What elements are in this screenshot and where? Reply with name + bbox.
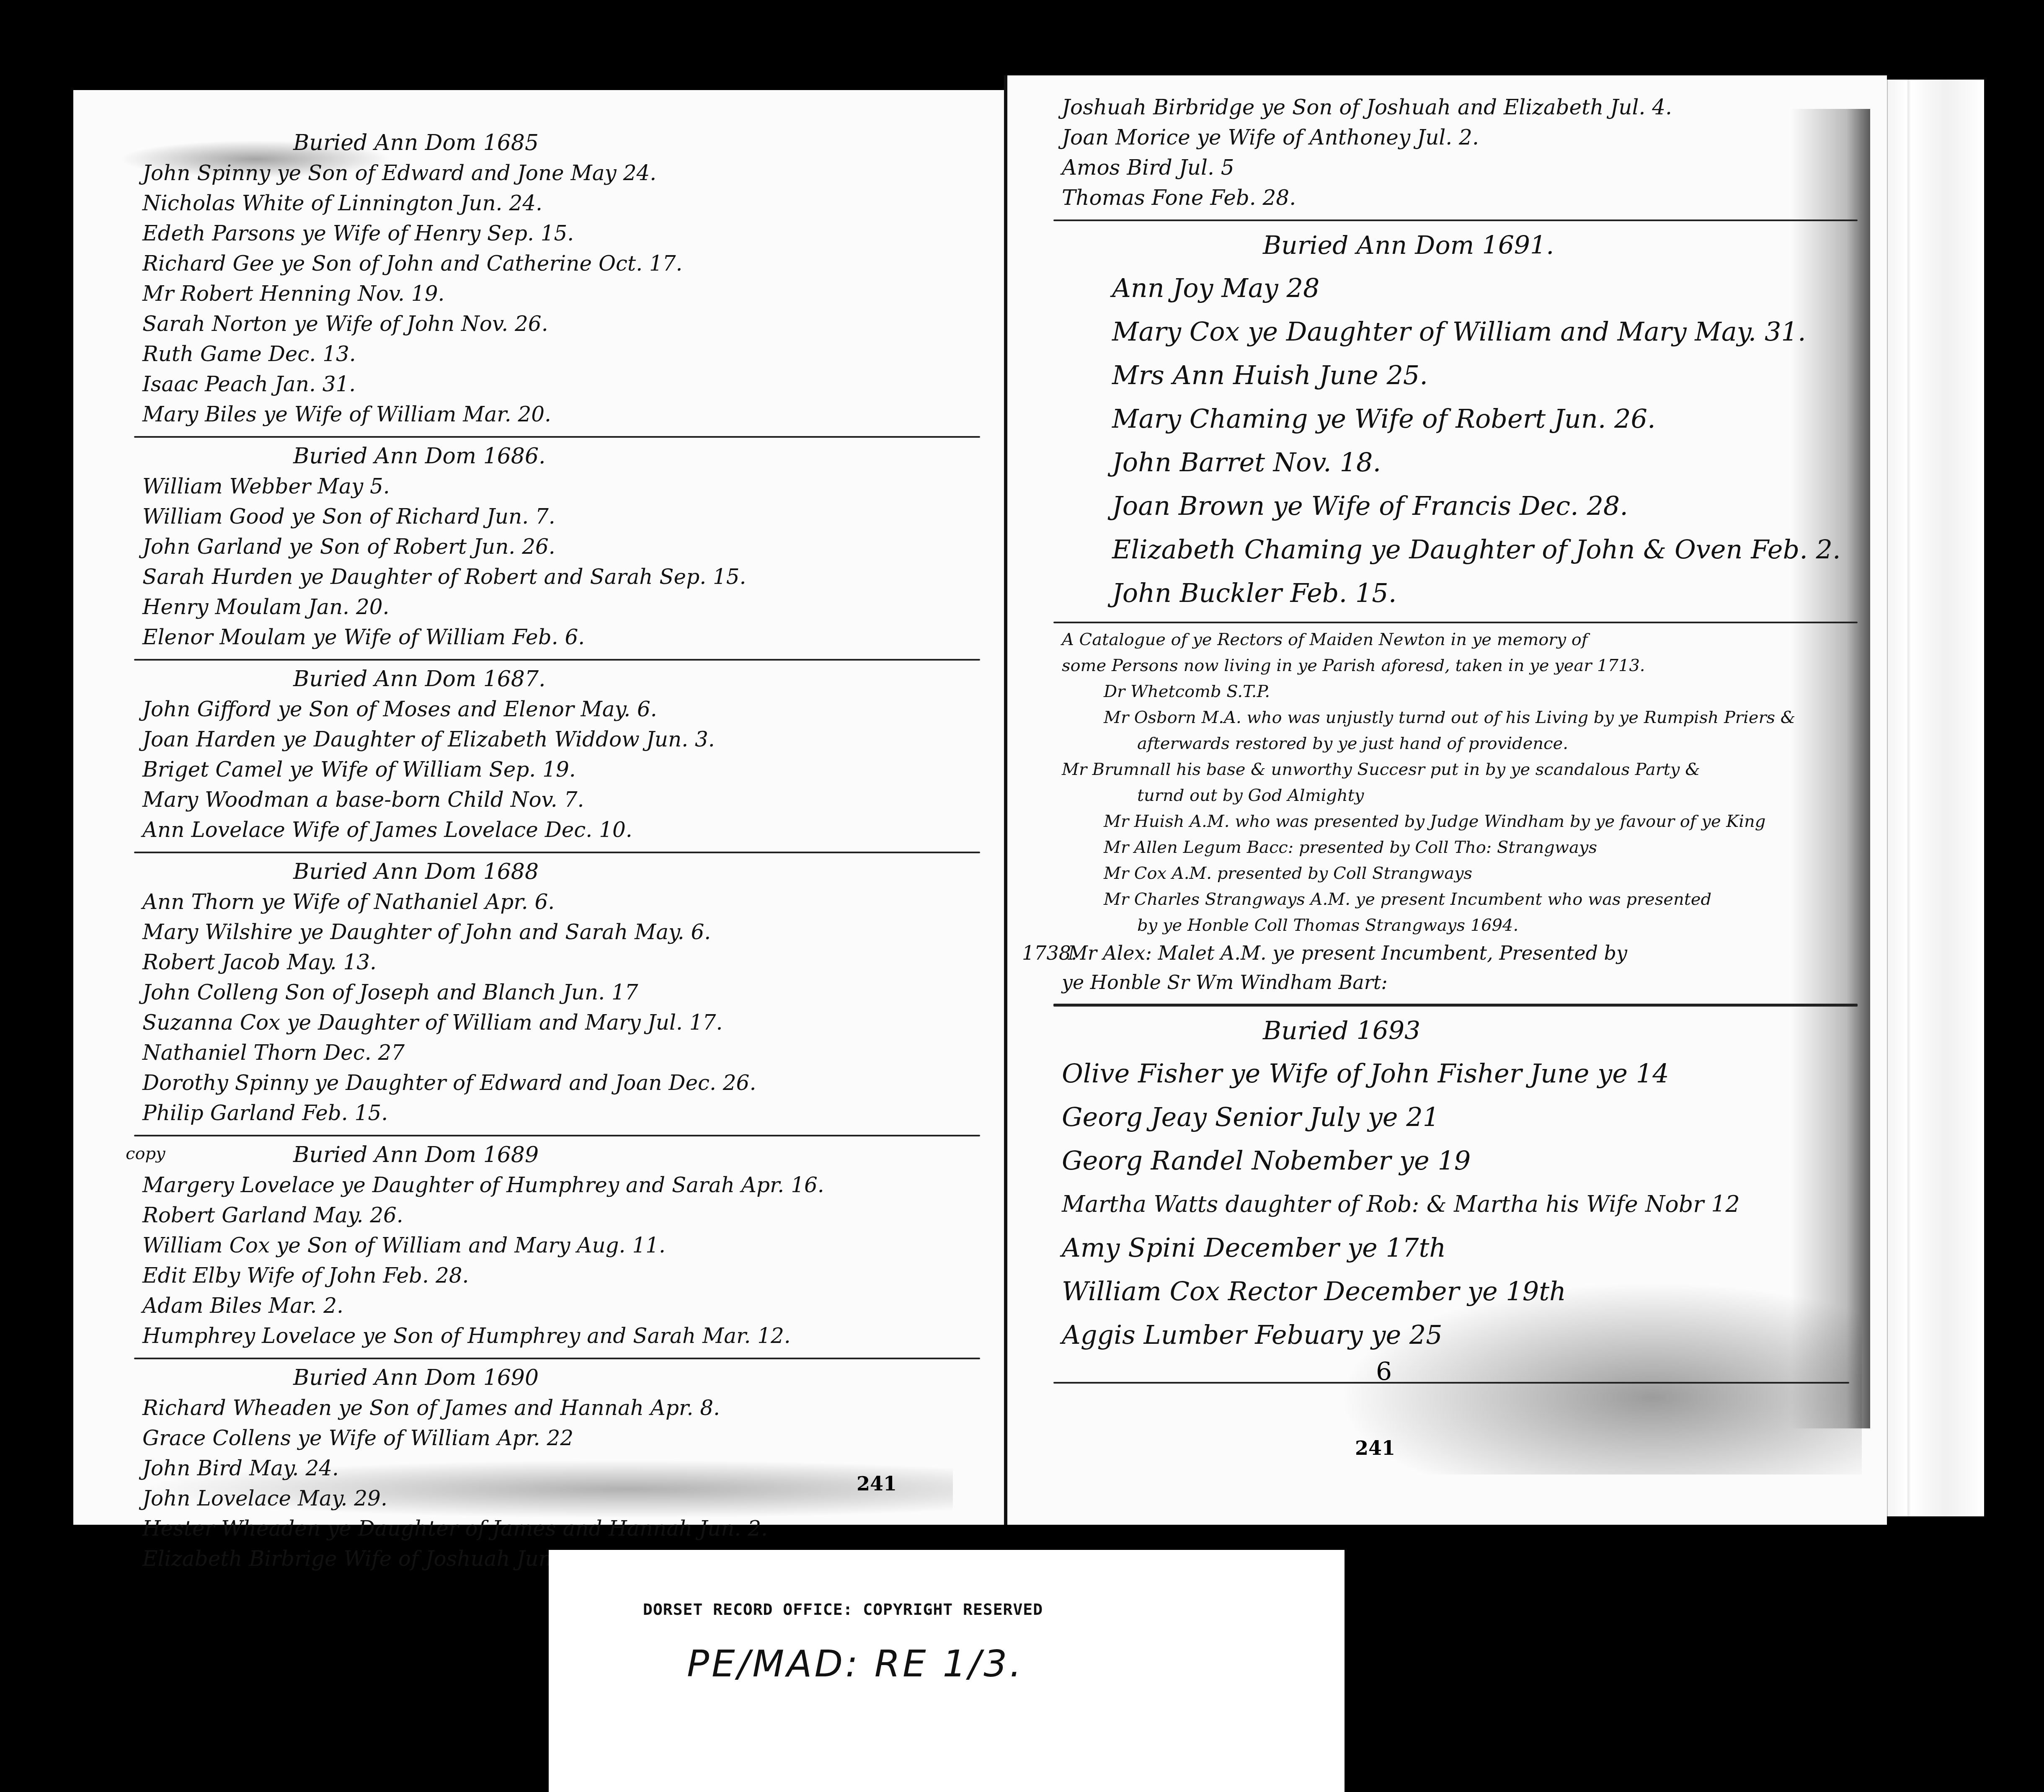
burial-entry: Ann Joy May 28	[1062, 266, 1858, 310]
burial-entry: John Garland ye Son of Robert Jun. 26.	[142, 532, 980, 562]
burials-1686: Buried Ann Dom 1686. William Webber May …	[142, 441, 980, 652]
burial-entry: Elizabeth Chaming ye Daughter of John & …	[1062, 528, 1858, 571]
burial-entry: Mr Robert Henning Nov. 19.	[142, 279, 980, 309]
burial-entry: Joan Brown ye Wife of Francis Dec. 28.	[1062, 484, 1858, 528]
burial-entry: Grace Collens ye Wife of William Apr. 22	[142, 1423, 980, 1453]
burial-entry: John Bird May. 24.	[142, 1453, 980, 1483]
burial-entry: Sarah Hurden ye Daughter of Robert and S…	[142, 562, 980, 592]
section-divider	[1053, 1004, 1858, 1007]
rector-entry: turnd out by God Almighty	[1062, 782, 1858, 808]
margin-note: copy	[126, 1144, 165, 1163]
rector-entry: Mr Cox A.M. presented by Coll Strangways	[1062, 860, 1858, 886]
burial-entry: Martha Watts daughter of Rob: & Martha h…	[1062, 1183, 1858, 1226]
left-page: Buried Ann Dom 1685 John Spinny ye Son o…	[73, 90, 1005, 1525]
burial-entry: Mary Wilshire ye Daughter of John and Sa…	[142, 917, 980, 947]
section-heading: Buried Ann Dom 1689	[142, 1140, 980, 1170]
section-heading: Buried Ann Dom 1687.	[142, 664, 980, 694]
burial-entry: Henry Moulam Jan. 20.	[142, 592, 980, 622]
burial-entry: Mary Woodman a base-born Child Nov. 7.	[142, 785, 980, 815]
burial-entry: Robert Jacob May. 13.	[142, 947, 980, 977]
section-heading: Buried Ann Dom 1688	[142, 857, 980, 887]
entry-year: 1738.	[1022, 938, 1062, 968]
burial-entry: Adam Biles Mar. 2.	[142, 1291, 980, 1321]
burial-entry: Richard Wheaden ye Son of James and Hann…	[142, 1393, 980, 1423]
section-divider	[134, 436, 980, 438]
burial-entry: Nathaniel Thorn Dec. 27	[142, 1038, 980, 1068]
burial-entry: John Lovelace May. 29.	[142, 1483, 980, 1513]
copyright-notice: DORSET RECORD OFFICE: COPYRIGHT RESERVED	[643, 1600, 1043, 1619]
burial-entry: William Webber May 5.	[142, 471, 980, 501]
section-divider	[1053, 622, 1858, 623]
burial-entry: John Buckler Feb. 15.	[1062, 571, 1858, 615]
burial-entry: Thomas Fone Feb. 28.	[1062, 183, 1858, 213]
rector-entry: Mr Brumnall his base & unworthy Succesr …	[1062, 757, 1858, 782]
burials-1685: Buried Ann Dom 1685 John Spinny ye Son o…	[142, 128, 980, 429]
section-divider	[134, 659, 980, 661]
burial-entry: Joshuah Birbridge ye Son of Joshuah and …	[1062, 92, 1858, 122]
burial-entry: Elenor Moulam ye Wife of William Feb. 6.	[142, 622, 980, 652]
section-heading: Buried Ann Dom 1691.	[1062, 225, 1858, 266]
section-divider	[1053, 1382, 1849, 1384]
burial-entry: Nicholas White of Linnington Jun. 24.	[142, 188, 980, 218]
right-page: Joshuah Birbridge ye Son of Joshuah and …	[1007, 75, 1887, 1525]
rector-entry-continued: ye Honble Sr Wm Windham Bart:	[1062, 968, 1858, 997]
folio-number: 241	[857, 1472, 897, 1495]
burial-entry: Amy Spini December ye 17th	[1062, 1226, 1858, 1270]
rector-text: Mr Alex: Malet A.M. ye present Incumbent…	[1068, 942, 1627, 964]
archive-label: DORSET RECORD OFFICE: COPYRIGHT RESERVED…	[549, 1550, 1345, 1792]
burial-entry: Dorothy Spinny ye Daughter of Edward and…	[142, 1068, 980, 1098]
folio-number: 241	[1355, 1437, 1395, 1459]
archive-reference: PE/MAD: RE 1/3.	[687, 1642, 1024, 1685]
burial-entry: Ann Thorn ye Wife of Nathaniel Apr. 6.	[142, 887, 980, 917]
burial-entry: Amos Bird Jul. 5	[1062, 152, 1858, 183]
rector-entry-1738: 1738. Mr Alex: Malet A.M. ye present Inc…	[1062, 938, 1858, 968]
burial-entry: Isaac Peach Jan. 31.	[142, 369, 980, 399]
burial-entry: Sarah Norton ye Wife of John Nov. 26.	[142, 309, 980, 339]
burial-entry: Ruth Game Dec. 13.	[142, 339, 980, 369]
rectors-catalogue: A Catalogue of ye Rectors of Maiden Newt…	[1062, 627, 1858, 997]
burial-entry: Mary Chaming ye Wife of Robert Jun. 26.	[1062, 397, 1858, 441]
rector-entry: Mr Osborn M.A. who was unjustly turnd ou…	[1062, 705, 1858, 731]
left-page-text: Buried Ann Dom 1685 John Spinny ye Son o…	[142, 128, 980, 1574]
burials-1690: Buried Ann Dom 1690 Richard Wheaden ye S…	[142, 1363, 980, 1574]
burial-entry: Hester Wheaden ye Daughter of James and …	[142, 1513, 980, 1544]
burial-entry: Aggis Lumber Febuary ye 25	[1062, 1313, 1858, 1357]
page-number: 6	[1376, 1357, 1392, 1387]
burials-1689: copy Buried Ann Dom 1689 Margery Lovelac…	[142, 1140, 980, 1351]
rector-entry: Dr Whetcomb S.T.P.	[1062, 679, 1858, 705]
burial-entry: Philip Garland Feb. 15.	[142, 1098, 980, 1128]
section-divider	[134, 1358, 980, 1359]
page-stack-edge	[1887, 80, 1984, 1516]
burials-1687: Buried Ann Dom 1687. John Gifford ye Son…	[142, 664, 980, 845]
burial-entry: John Barret Nov. 18.	[1062, 441, 1858, 484]
burials-1691: Buried Ann Dom 1691. Ann Joy May 28 Mary…	[1062, 225, 1858, 615]
section-divider	[134, 1135, 980, 1136]
open-register-book: Buried Ann Dom 1685 John Spinny ye Son o…	[73, 63, 1983, 1529]
burial-entry: Briget Camel ye Wife of William Sep. 19.	[142, 754, 980, 785]
burial-entry: William Good ye Son of Richard Jun. 7.	[142, 501, 980, 532]
burial-entry: Joan Harden ye Daughter of Elizabeth Wid…	[142, 724, 980, 754]
burial-entry: William Cox ye Son of William and Mary A…	[142, 1230, 980, 1260]
burial-entry: Mary Cox ye Daughter of William and Mary…	[1062, 310, 1858, 354]
burial-entry: Ann Lovelace Wife of James Lovelace Dec.…	[142, 815, 980, 845]
section-heading: Buried Ann Dom 1686.	[142, 441, 980, 471]
burial-entry: Suzanna Cox ye Daughter of William and M…	[142, 1007, 980, 1038]
burial-entry: John Gifford ye Son of Moses and Elenor …	[142, 694, 980, 724]
catalogue-title: A Catalogue of ye Rectors of Maiden Newt…	[1062, 627, 1858, 653]
rector-entry: afterwards restored by ye just hand of p…	[1062, 731, 1858, 757]
rector-entry: Mr Charles Strangways A.M. ye present In…	[1062, 886, 1858, 912]
section-divider	[134, 852, 980, 853]
burial-entry: Georg Randel Nobember ye 19	[1062, 1139, 1858, 1183]
burial-entry: Robert Garland May. 26.	[142, 1200, 980, 1230]
burial-entry: Olive Fisher ye Wife of John Fisher June…	[1062, 1052, 1858, 1095]
burial-entry: John Colleng Son of Joseph and Blanch Ju…	[142, 977, 980, 1007]
burial-entry: Mary Biles ye Wife of William Mar. 20.	[142, 399, 980, 429]
burial-entry: Georg Jeay Senior July ye 21	[1062, 1095, 1858, 1139]
burial-entry: Edit Elby Wife of John Feb. 28.	[142, 1260, 980, 1291]
burial-entry: William Cox Rector December ye 19th	[1062, 1270, 1858, 1313]
catalogue-title: some Persons now living in ye Parish afo…	[1062, 653, 1858, 679]
rector-entry: Mr Huish A.M. who was presented by Judge…	[1062, 808, 1858, 834]
burial-entry: Mrs Ann Huish June 25.	[1062, 354, 1858, 397]
burials-1693: Buried 1693 Olive Fisher ye Wife of John…	[1062, 1010, 1858, 1357]
burial-entry: Richard Gee ye Son of John and Catherine…	[142, 248, 980, 279]
burials-1688: Buried Ann Dom 1688 Ann Thorn ye Wife of…	[142, 857, 980, 1128]
burials-1690-continued: Joshuah Birbridge ye Son of Joshuah and …	[1062, 92, 1858, 213]
rector-entry: by ye Honble Coll Thomas Strangways 1694…	[1062, 912, 1858, 938]
burial-entry: Joan Morice ye Wife of Anthoney Jul. 2.	[1062, 122, 1858, 152]
section-divider	[1053, 219, 1858, 221]
burial-entry: Humphrey Lovelace ye Son of Humphrey and…	[142, 1321, 980, 1351]
rector-entry: Mr Allen Legum Bacc: presented by Coll T…	[1062, 834, 1858, 860]
right-page-text: Joshuah Birbridge ye Son of Joshuah and …	[1062, 92, 1858, 1387]
section-heading: Buried 1693	[1062, 1010, 1858, 1052]
burial-entry: John Spinny ye Son of Edward and Jone Ma…	[142, 158, 980, 188]
burial-entry: Edeth Parsons ye Wife of Henry Sep. 15.	[142, 218, 980, 248]
section-heading: Buried Ann Dom 1685	[142, 128, 980, 158]
section-heading: Buried Ann Dom 1690	[142, 1363, 980, 1393]
burial-entry: Margery Lovelace ye Daughter of Humphrey…	[142, 1170, 980, 1200]
